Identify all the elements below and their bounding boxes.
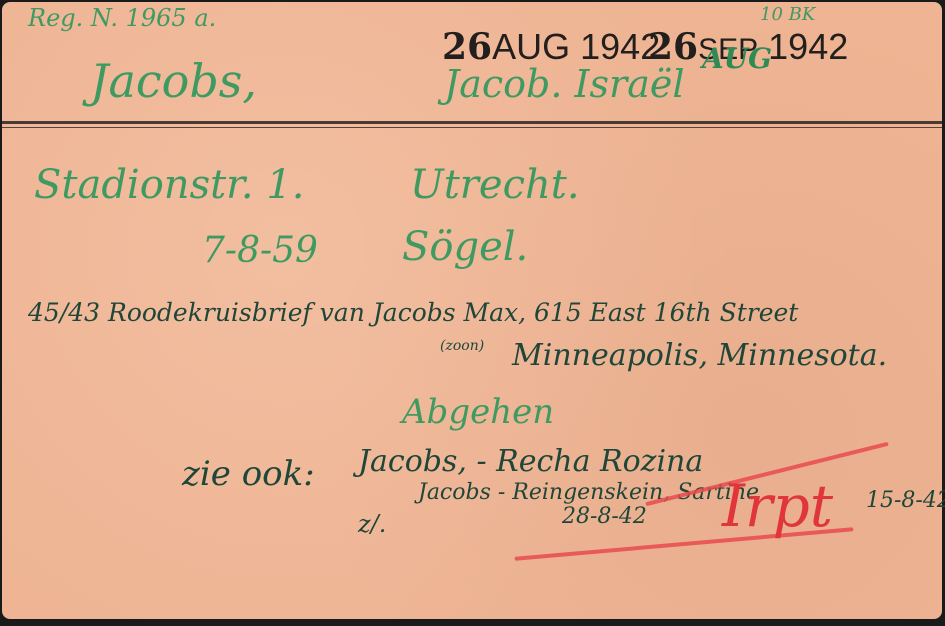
red-pencil-mark: Irpt	[722, 472, 833, 540]
given-names: Jacob. Israël	[444, 62, 685, 106]
address: Stadionstr. 1.	[34, 162, 305, 208]
month-overwrite: AUG	[702, 42, 772, 75]
city: Utrecht.	[410, 162, 580, 208]
date-note: 15-8-42.	[866, 488, 945, 513]
registration-number: Reg. N. 1965 a.	[28, 4, 216, 32]
note-line-2-prefix: (zoon)	[440, 338, 484, 354]
see-also-2-date: 28-8-42	[562, 504, 647, 529]
status-note: Abgehen	[402, 392, 554, 432]
see-also-label: zie ook:	[182, 454, 315, 494]
birth-date: 7-8-59	[202, 230, 318, 271]
annotation-10bk: 10 BK	[760, 4, 815, 25]
surname: Jacobs,	[90, 54, 257, 108]
header-rule	[2, 121, 942, 124]
index-card: Reg. N. 1965 a. Jacobs, 26AUG 1942 26SEP…	[2, 2, 942, 619]
note-line-2: Minneapolis, Minnesota.	[512, 338, 887, 373]
see-also-2: Jacobs - Reingenskein, Sartine	[418, 480, 759, 505]
see-also-2-prefix: z/.	[358, 510, 386, 538]
note-line-1: 45/43 Roodekruisbrief van Jacobs Max, 61…	[28, 298, 798, 327]
birth-place: Sögel.	[402, 224, 528, 270]
header-rule-thin	[2, 127, 942, 128]
see-also-1: Jacobs, - Recha Rozina	[358, 444, 703, 479]
